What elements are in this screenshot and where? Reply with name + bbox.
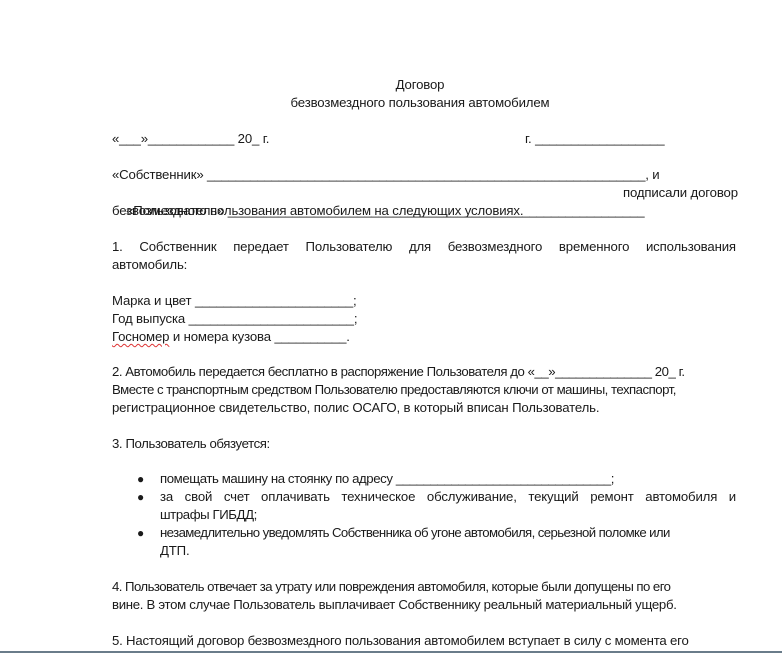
word: за: [160, 488, 173, 506]
word: Пользователю: [305, 238, 392, 256]
owner-line: «Собственник» __________________________…: [112, 166, 660, 184]
word: свой: [185, 488, 213, 506]
field-brand-color: Марка и цвет ______________________;: [112, 292, 357, 310]
intro-tail: безвозмездного пользования автомобилем н…: [112, 202, 523, 220]
clause-1-line-2: автомобиль:: [112, 256, 187, 274]
obligation-2-line-2: штрафы ГИБДД;: [160, 506, 257, 524]
clause-2-line-3: регистрационное свидетельство, полис ОСА…: [112, 399, 599, 417]
field-plate-rest: и номера кузова __________.: [169, 329, 349, 344]
clause-2-line-2: Вместе с транспортным средством Пользова…: [112, 381, 676, 399]
clause-4-line-1: 4. Пользователь отвечает за утрату или п…: [112, 578, 670, 596]
word: обслуживание,: [427, 488, 517, 506]
word: оплачивать: [261, 488, 330, 506]
document-title: Договор: [0, 76, 782, 94]
date-field: «___»____________ 20_ г.: [112, 130, 269, 148]
word: и: [729, 488, 736, 506]
field-plate: Госномер и номера кузова __________.: [112, 328, 350, 346]
clause-2-line-1: 2. Автомобиль передается бесплатно в рас…: [112, 363, 685, 381]
obligation-3-line-1: незамедлительно уведомлять Собственника …: [160, 524, 670, 542]
bullet-icon: ●: [137, 470, 144, 488]
word: текущий: [528, 488, 578, 506]
spellcheck-word: Госномер: [112, 329, 169, 344]
word: для: [409, 238, 431, 256]
bullet-icon: ●: [137, 488, 144, 506]
bullet-icon: ●: [137, 524, 144, 542]
word: ремонт: [590, 488, 634, 506]
document-page: Договор безвозмездного пользования автом…: [0, 0, 782, 651]
word: Собственник: [139, 238, 216, 256]
city-field: г. __________________: [525, 130, 664, 148]
word: автомобиля: [645, 488, 717, 506]
word: безвозмездного: [448, 238, 543, 256]
word: временного: [559, 238, 629, 256]
clause-5-line-1: 5. Настоящий договор безвозмездного поль…: [112, 632, 689, 650]
document-subtitle: безвозмездного пользования автомобилем: [0, 94, 782, 112]
clause-1-line-1: 1.СобственникпередаетПользователюдлябезв…: [112, 238, 736, 256]
obligation-2-line-1: засвойсчетоплачиватьтехническоеобслужива…: [160, 488, 736, 506]
obligation-3-line-2: ДТП.: [160, 542, 190, 560]
word: счет: [224, 488, 250, 506]
user-line-right: подписали договор: [623, 184, 738, 202]
clause-3-heading: 3. Пользователь обязуется:: [112, 435, 270, 453]
obligation-1: помещать машину на стоянку по адресу ___…: [160, 470, 614, 488]
word: передает: [233, 238, 289, 256]
word: 1.: [112, 238, 123, 256]
word: использования: [646, 238, 736, 256]
word: техническое: [341, 488, 415, 506]
field-year: Год выпуска _______________________;: [112, 310, 357, 328]
clause-4-line-2: вине. В этом случае Пользователь выплачи…: [112, 596, 677, 614]
